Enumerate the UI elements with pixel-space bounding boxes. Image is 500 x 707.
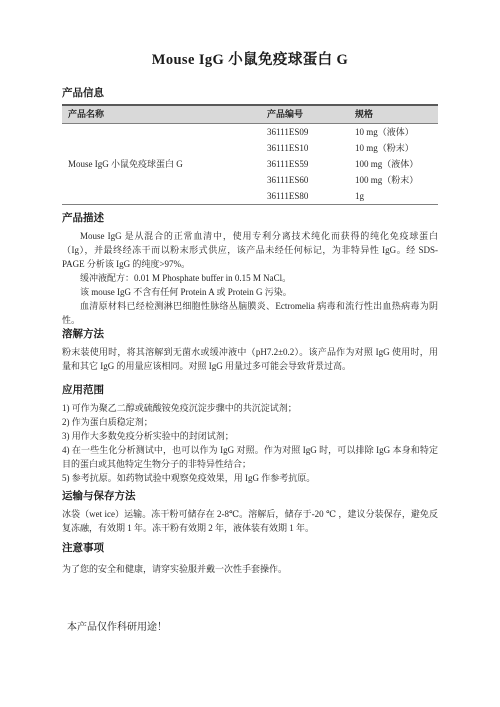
application-item: 3) 用作大多数免疫分析实验中的封闭试剂；	[62, 429, 438, 443]
column-header-product-name: 产品名称	[62, 106, 267, 123]
serum-test-line: 血清原材料已经检测淋巴细胞性脉络丛脑膜炎、Ectromelia 病毒和流行性出血…	[62, 299, 438, 327]
product-spec-cell: 100 mg（液体）	[355, 157, 438, 171]
product-code-cell: 36111ES10	[267, 141, 355, 155]
datasheet-page: Mouse IgG 小鼠免疫球蛋白 G 产品信息 产品名称 产品编号 规格 Mo…	[0, 0, 500, 707]
product-code-cell: 36111ES09	[267, 125, 355, 139]
column-header-product-code: 产品编号	[267, 106, 355, 123]
column-header-spec: 规格	[355, 106, 438, 123]
product-info-heading: 产品信息	[62, 88, 438, 100]
precautions-heading: 注意事项	[62, 543, 438, 555]
application-item: 5) 参考抗原。如药物试验中观察免疫效果，用 IgG 作参考抗原。	[62, 471, 438, 485]
product-table-body: Mouse IgG 小鼠免疫球蛋白 G 36111ES09 10 mg（液体） …	[62, 124, 438, 204]
section-precautions: 注意事项 为了您的安全和健康，请穿实验服并戴一次性手套操作。	[62, 543, 438, 576]
buffer-formula-line: 缓冲液配方：0.01 M Phosphate buffer in 0.15 M …	[62, 271, 438, 285]
contamination-line: 该 mouse IgG 不含有任何 Protein A 或 Protein G …	[62, 285, 438, 299]
product-table: 产品名称 产品编号 规格 Mouse IgG 小鼠免疫球蛋白 G 36111ES…	[62, 104, 438, 205]
applications-heading: 应用范围	[62, 385, 438, 397]
product-code-cell: 36111ES60	[267, 173, 355, 187]
section-applications: 应用范围 1) 可作为聚乙二醇或硫酸铵免疫沉淀步骤中的共沉淀试剂； 2) 作为蛋…	[62, 385, 438, 485]
dissolution-heading: 溶解方法	[62, 329, 438, 341]
description-paragraph: Mouse IgG 是从混合的正常血清中，使用专利分离技术纯化而获得的纯化免疫球…	[62, 229, 438, 271]
section-description: 产品描述 Mouse IgG 是从混合的正常血清中，使用专利分离技术纯化而获得的…	[62, 213, 438, 327]
research-use-only-note: 本产品仅作科研用途！	[67, 621, 438, 634]
page-title: Mouse IgG 小鼠免疫球蛋白 G	[62, 49, 438, 71]
applications-list: 1) 可作为聚乙二醇或硫酸铵免疫沉淀步骤中的共沉淀试剂； 2) 作为蛋白质稳定剂…	[62, 401, 438, 485]
section-storage: 运输与保存方法 冰袋（wet ice）运输。冻干粉可储存在 2-8℃。溶解后，储…	[62, 491, 438, 535]
dissolution-paragraph: 粉末装使用时，将其溶解到无菌水或缓冲液中（pH7.2±0.2）。该产品作为对照 …	[62, 345, 438, 373]
product-spec-cell: 1g	[355, 189, 438, 203]
description-heading: 产品描述	[62, 213, 438, 225]
product-code-cell: 36111ES80	[267, 189, 355, 203]
application-item: 4) 在一些生化分析测试中，也可以作为 IgG 对照。作为对照 IgG 时，可以…	[62, 443, 438, 471]
product-code-cell: 36111ES59	[267, 157, 355, 171]
application-item: 1) 可作为聚乙二醇或硫酸铵免疫沉淀步骤中的共沉淀试剂；	[62, 401, 438, 415]
section-product-info: 产品信息 产品名称 产品编号 规格 Mouse IgG 小鼠免疫球蛋白 G 36…	[62, 88, 438, 205]
application-item: 2) 作为蛋白质稳定剂；	[62, 415, 438, 429]
precautions-paragraph: 为了您的安全和健康，请穿实验服并戴一次性手套操作。	[62, 562, 438, 576]
product-spec-cell: 10 mg（粉末）	[355, 141, 438, 155]
product-table-header-row: 产品名称 产品编号 规格	[62, 106, 438, 124]
product-name-cell: Mouse IgG 小鼠免疫球蛋白 G	[62, 157, 267, 171]
storage-paragraph: 冰袋（wet ice）运输。冻干粉可储存在 2-8℃。溶解后，储存于-20 ℃ …	[62, 507, 438, 535]
storage-heading: 运输与保存方法	[62, 491, 438, 503]
product-spec-cell: 10 mg（液体）	[355, 125, 438, 139]
product-spec-cell: 100 mg（粉末）	[355, 173, 438, 187]
section-dissolution: 溶解方法 粉末装使用时，将其溶解到无菌水或缓冲液中（pH7.2±0.2）。该产品…	[62, 329, 438, 373]
